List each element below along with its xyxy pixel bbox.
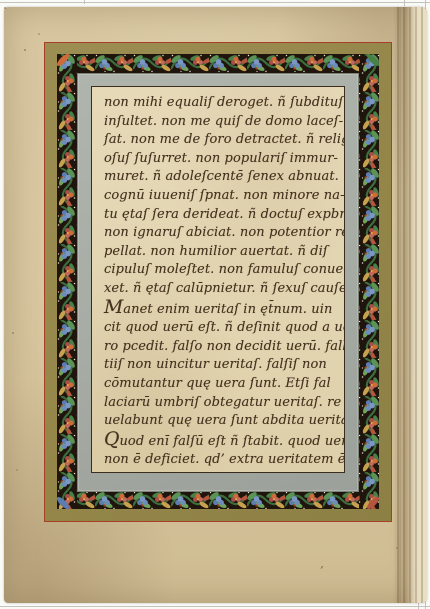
text-line: pellat. non humilior auertat. ñ diſ bbox=[104, 243, 338, 262]
text-line: non ē deficiet. qd’ extra ueritatem ē bbox=[104, 451, 338, 470]
parchment-specks bbox=[4, 7, 6, 9]
manuscript-photo: non mihi equaliſ deroget. ñ ſubdituſ inſ… bbox=[0, 0, 430, 609]
text-line: oſuſ ſuſurret. non populariſ immur- bbox=[104, 150, 338, 169]
scan-frame-tick bbox=[418, 602, 419, 609]
text-line: Manet enim ueritaſ in ęt̄num. uin bbox=[104, 299, 338, 320]
text-line: ro pcedit. falſo non decidit uerū. falla bbox=[104, 338, 338, 357]
text-line: laciarū umbriſ obtegatur ueritaſ. re bbox=[104, 394, 338, 413]
text-line: cipuluſ moleſtet. non famuluſ conue- bbox=[104, 261, 338, 280]
text-line: tiiſ non uincitur ueritaſ. falſiſ non bbox=[104, 356, 338, 375]
text-line: tu ętaſ ſera derideat. ñ doctuſ expbret bbox=[104, 206, 338, 225]
text-line: cit quod uerū eſt. ñ deſinit quod a ue bbox=[104, 319, 338, 338]
marginal-pen-mark: ’ bbox=[320, 564, 324, 577]
scan-frame-line-bottom bbox=[0, 606, 430, 607]
scan-frame-line-top bbox=[0, 2, 430, 3]
text-line: cōmutantur quę uera ſunt. Etſi fal bbox=[104, 375, 338, 394]
text-line: non mihi equaliſ deroget. ñ ſubdituſ bbox=[104, 94, 338, 113]
text-line: xet. ñ ętaſ calūpnietur. ñ ſexuſ cauſet. bbox=[104, 280, 338, 299]
text-panel: non mihi equaliſ deroget. ñ ſubdituſ inſ… bbox=[91, 86, 345, 473]
text-line: cognū iuueniſ ſpnat. non minore na- bbox=[104, 187, 338, 206]
text-line: Quod enī falſū eſt ñ ſtabit. quod uerū bbox=[104, 431, 338, 452]
scan-frame-tick bbox=[84, 0, 85, 4]
scan-frame-tick bbox=[404, 0, 405, 6]
text-line: ſat. non me de foro detractet. ñ religi bbox=[104, 131, 338, 150]
text-line: muret. ñ adoleſcentē ſenex abnuat. ñ bbox=[104, 168, 338, 187]
text-line: inſultet. non me quiſ de domo laceſ- bbox=[104, 113, 338, 132]
text-line: uelabunt quę uera ſunt abdita ueritatiſ. bbox=[104, 412, 338, 431]
page-fore-edge bbox=[397, 7, 427, 603]
text-line: non ignaruſ abiciat. non potentior re bbox=[104, 224, 338, 243]
